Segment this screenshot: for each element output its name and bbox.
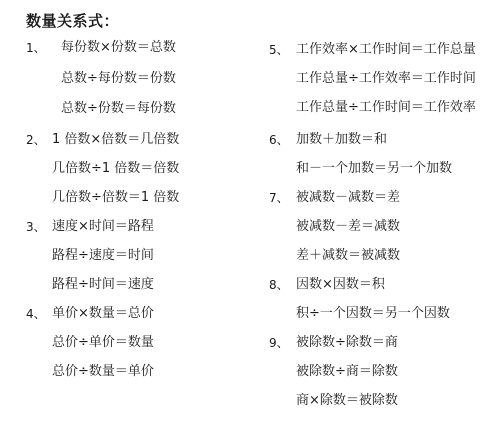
group-number: 5、 bbox=[269, 42, 289, 58]
formula-line: 速度×时间＝路程 bbox=[52, 219, 154, 235]
formula-line: 工作总量÷工作效率＝工作时间 bbox=[296, 71, 476, 87]
formula-line: 几倍数÷倍数＝1 倍数 bbox=[52, 190, 179, 206]
formula-line: 工作总量÷工作时间＝工作效率 bbox=[296, 100, 476, 116]
formula-line: 因数×因数＝积 bbox=[296, 277, 385, 293]
formula-line: 每份数×份数＝总数 bbox=[61, 40, 176, 56]
group-number: 2、 bbox=[26, 132, 46, 148]
formula-line: 积÷一个因数＝另一个因数 bbox=[296, 306, 450, 322]
formula-line: 路程÷速度＝时间 bbox=[52, 248, 154, 264]
group-number: 1、 bbox=[26, 40, 46, 56]
formula-line: 路程÷时间＝速度 bbox=[52, 277, 154, 293]
formula-line: 加数＋加数＝和 bbox=[296, 132, 387, 148]
formula-line: 总数÷每份数＝份数 bbox=[61, 71, 176, 87]
formula-line: 商×除数＝被除数 bbox=[296, 393, 398, 409]
formula-line: 单价×数量＝总价 bbox=[52, 306, 154, 322]
formula-line: 被除数÷除数＝商 bbox=[296, 335, 398, 351]
formula-line: 几倍数÷1 倍数＝倍数 bbox=[52, 161, 179, 177]
group-number: 8、 bbox=[269, 277, 289, 293]
group-number: 9、 bbox=[269, 335, 289, 351]
formula-line: 总数÷份数＝每份数 bbox=[61, 101, 176, 117]
formula-line: 总价÷单价＝数量 bbox=[52, 335, 154, 351]
formula-line: 被减数－差＝减数 bbox=[296, 219, 400, 235]
formula-line: 被除数÷商＝除数 bbox=[296, 364, 398, 380]
formula-line: 工作效率×工作时间＝工作总量 bbox=[296, 42, 476, 58]
group-number: 4、 bbox=[26, 306, 46, 322]
group-number: 7、 bbox=[269, 190, 289, 206]
page-title: 数量关系式： bbox=[26, 10, 119, 31]
formula-line: 被减数－减数＝差 bbox=[296, 190, 400, 206]
group-number: 6、 bbox=[269, 132, 289, 148]
formula-line: 1 倍数×倍数＝几倍数 bbox=[52, 132, 179, 148]
formula-line: 总价÷数量＝单价 bbox=[52, 364, 154, 380]
formula-line: 差＋减数＝被减数 bbox=[296, 248, 400, 264]
group-number: 3、 bbox=[26, 219, 46, 235]
formula-line: 和－一个加数＝另一个加数 bbox=[296, 161, 452, 177]
